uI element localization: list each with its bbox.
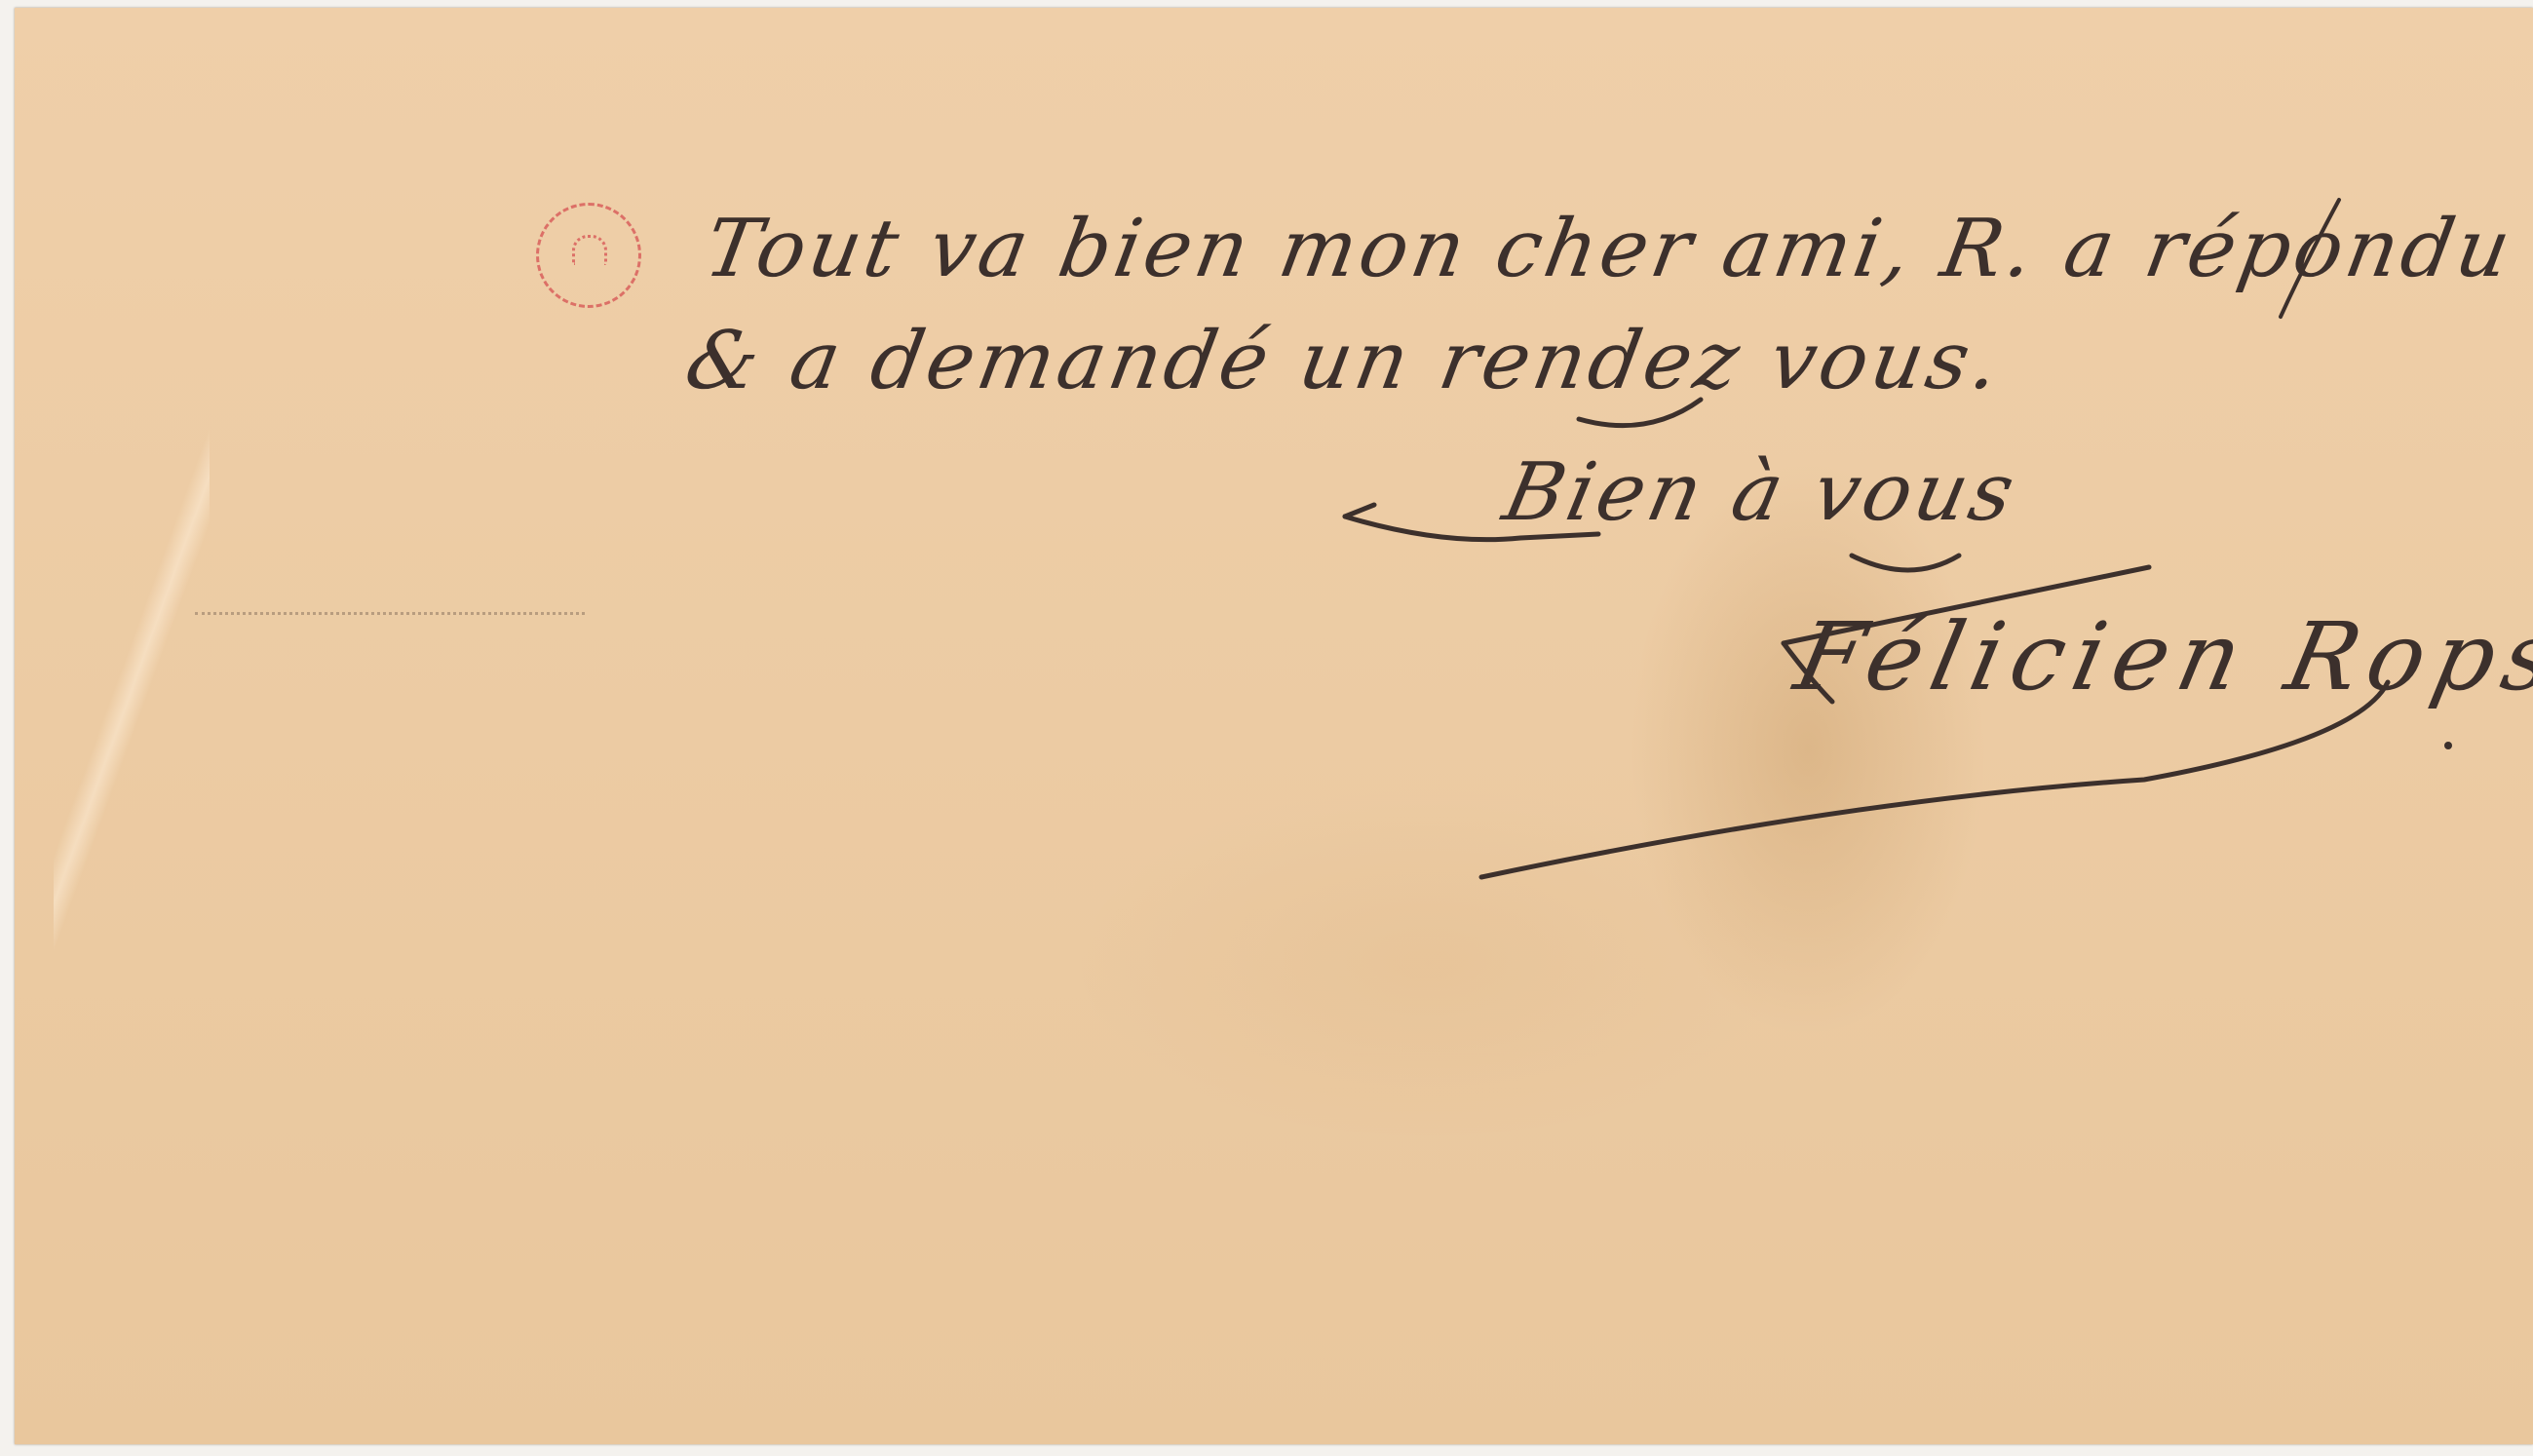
paper-crease (54, 417, 210, 963)
closing-line: Bien à vous (1496, 446, 2026, 539)
note-line-1: Tout va bien mon cher ami, R. a répondu (699, 203, 2521, 295)
stamp-inner-mark (572, 235, 607, 265)
note-card: Tout va bien mon cher ami, R. a répondu … (15, 8, 2533, 1444)
note-line-2: & a demandé un rendez vous. (679, 315, 2010, 407)
red-stamp-icon (536, 203, 641, 308)
signature: Félicien Rops (1786, 602, 2533, 711)
faint-printed-line (195, 612, 585, 623)
